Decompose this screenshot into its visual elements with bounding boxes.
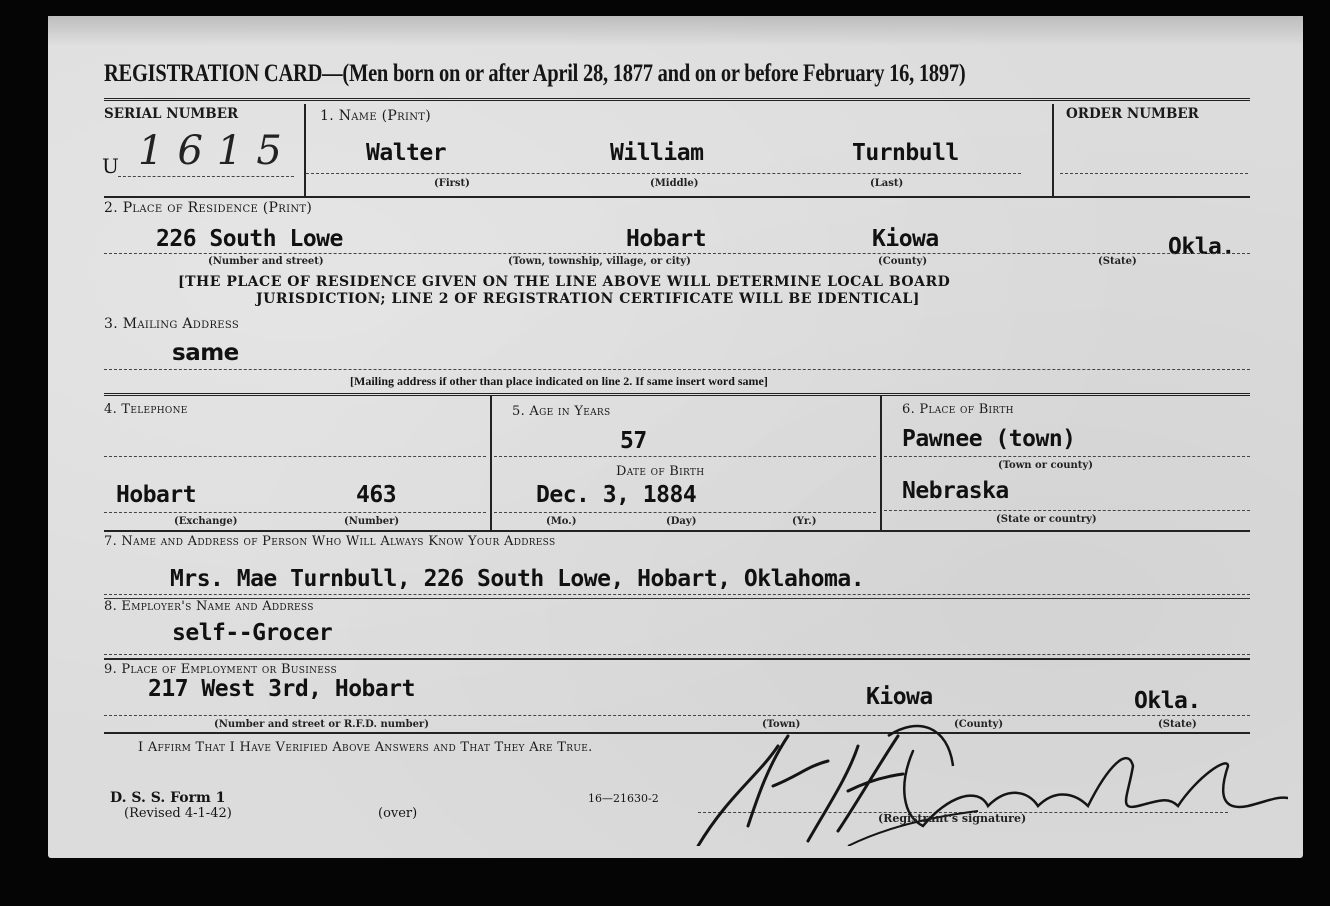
birthplace-town: Pawnee (town) <box>902 426 1076 452</box>
serial-divider <box>304 104 306 196</box>
serial-prefix: U <box>102 154 119 178</box>
state-caption: (State) <box>1098 256 1137 267</box>
residence-county: Kiowa <box>872 226 939 252</box>
residence-notice-line2: JURISDICTION; LINE 2 OF REGISTRATION CER… <box>256 291 920 308</box>
exchange-caption: (Exchange) <box>174 516 238 527</box>
signature-caption: (Registrant's signature) <box>878 812 1026 825</box>
contact-line <box>104 594 1250 595</box>
residence-state: Okla. <box>1168 234 1235 260</box>
row3-rule <box>104 393 1250 396</box>
age-value: 57 <box>620 428 647 454</box>
residence-town: Hobart <box>626 226 706 252</box>
name-line <box>306 173 1021 174</box>
employment-street-caption: (Number and street or R.F.D. number) <box>214 719 429 730</box>
contact-value: Mrs. Mae Turnbull, 226 South Lowe, Hobar… <box>170 566 864 592</box>
employer-label: 8. Employer's Name and Address <box>104 599 314 614</box>
telephone-divider <box>490 396 492 530</box>
birthplace-state: Nebraska <box>902 478 1009 504</box>
residence-label: 2. Place of Residence (Print) <box>104 200 312 216</box>
first-name: Walter <box>366 140 446 166</box>
day-caption: (Day) <box>666 516 696 527</box>
registration-card: REGISTRATION CARD—(Men born on or after … <box>48 16 1303 858</box>
serial-number-label: SERIAL NUMBER <box>104 106 238 122</box>
over-note: (over) <box>378 806 417 821</box>
order-number-label: ORDER NUMBER <box>1066 106 1199 122</box>
birthplace-label: 6. Place of Birth <box>902 402 1014 417</box>
telephone-label: 4. Telephone <box>104 402 188 417</box>
mailing-label: 3. Mailing Address <box>104 316 239 332</box>
mailing-line <box>104 369 1250 370</box>
age-divider <box>880 396 882 530</box>
employer-value: self--Grocer <box>172 620 332 646</box>
birthplace-state-line <box>884 510 1250 511</box>
mailing-value: same <box>172 340 239 366</box>
employer-line <box>104 654 1250 655</box>
employment-street: 217 West 3rd, Hobart <box>148 676 415 702</box>
month-caption: (Mo.) <box>546 516 577 527</box>
residence-street: 226 South Lowe <box>156 226 343 252</box>
employment-label: 9. Place of Employment or Business <box>104 662 337 677</box>
telephone-upper-line <box>104 456 486 457</box>
birthplace-town-line <box>884 456 1250 457</box>
age-label: 5. Age in Years <box>512 404 610 419</box>
age-line <box>494 456 876 457</box>
first-caption: (First) <box>434 178 470 189</box>
serial-number-value: 1615 <box>138 128 296 174</box>
order-divider <box>1052 104 1054 196</box>
name-label: 1. Name (Print) <box>320 108 431 124</box>
telephone-exchange: Hobart <box>116 482 196 508</box>
dob-label: Date of Birth <box>616 464 704 479</box>
last-name: Turnbull <box>852 140 959 166</box>
print-code: 16—21630-2 <box>588 792 659 805</box>
birthplace-town-caption: (Town or county) <box>998 460 1093 471</box>
number-caption: (Number) <box>344 516 399 527</box>
year-caption: (Yr.) <box>792 516 816 527</box>
form-name: D. S. S. Form 1 <box>110 790 225 806</box>
title-rule <box>104 98 1250 101</box>
dob-line <box>494 512 876 513</box>
card-title: REGISTRATION CARD—(Men born on or after … <box>104 60 965 88</box>
middle-name: William <box>610 140 703 166</box>
affirmation-text: I Affirm That I Have Verified Above Answ… <box>138 740 593 755</box>
mailing-caption: [Mailing address if other than place ind… <box>350 374 768 389</box>
telephone-number: 463 <box>356 482 396 508</box>
telephone-line <box>104 512 486 513</box>
street-caption: (Number and street) <box>208 256 324 267</box>
contact-label: 7. Name and Address of Person Who Will A… <box>104 534 555 549</box>
signature-strokes-icon <box>688 706 1288 846</box>
form-revised: (Revised 4-1-42) <box>124 806 232 821</box>
middle-caption: (Middle) <box>650 178 698 189</box>
row8-rule <box>104 658 1250 660</box>
birthplace-state-caption: (State or country) <box>996 514 1097 525</box>
card-edge-shadow <box>48 16 1303 46</box>
serial-line <box>118 176 294 177</box>
row1-rule <box>104 196 1250 198</box>
county-caption: (County) <box>878 256 927 267</box>
order-number-line <box>1060 173 1248 174</box>
row4-rule <box>104 530 1250 532</box>
residence-line <box>104 253 1250 254</box>
last-caption: (Last) <box>870 178 903 189</box>
dob-value: Dec. 3, 1884 <box>536 482 696 508</box>
residence-notice-line1: [THE PLACE OF RESIDENCE GIVEN ON THE LIN… <box>178 274 950 291</box>
town-caption: (Town, township, village, or city) <box>508 256 691 267</box>
